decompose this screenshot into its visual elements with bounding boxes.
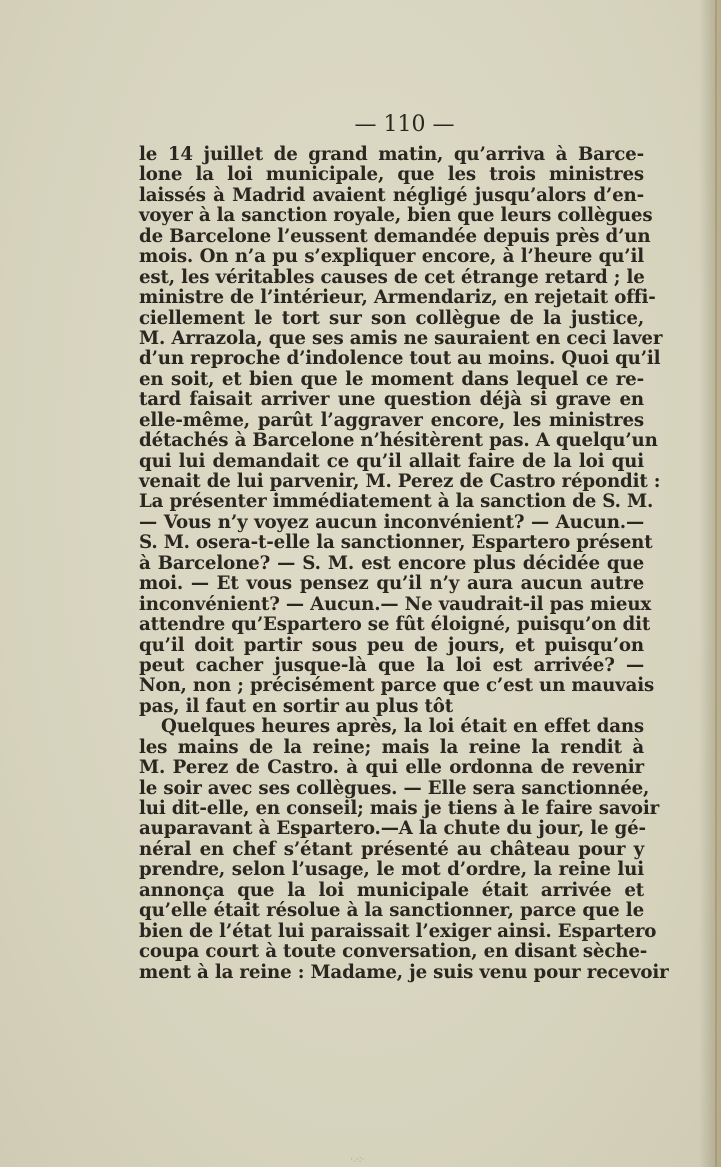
text-line: tard faisait arriver une question déjà s… bbox=[139, 390, 644, 410]
text-line: M. Perez de Castro. à qui elle ordonna d… bbox=[139, 758, 644, 778]
text-line: Non, non ; précisément parce que c’est u… bbox=[139, 676, 644, 696]
page-edge-shadow bbox=[699, 0, 721, 1167]
text-line: le 14 juillet de grand matin, qu’arriva … bbox=[139, 145, 644, 165]
text-line: lone la loi municipale, que les trois mi… bbox=[139, 165, 644, 185]
text-line: prendre, selon l’usage, le mot d’ordre, … bbox=[139, 860, 644, 880]
text-line: voyer à la sanction royale, bien que leu… bbox=[139, 206, 644, 226]
text-line: annonça que la loi municipale était arri… bbox=[139, 881, 644, 901]
page-edge-line bbox=[715, 0, 717, 1167]
text-line: mois. On n’a pu s’expliquer encore, à l’… bbox=[139, 247, 644, 267]
text-line: coupa court à toute conversation, en dis… bbox=[139, 942, 644, 962]
text-line: lui dit-elle, en conseil; mais je tiens … bbox=[139, 799, 644, 819]
text-line: détachés à Barcelone n’hésitèrent pas. A… bbox=[139, 431, 644, 451]
text-line: La présenter immédiatement à la sanction… bbox=[139, 492, 644, 512]
text-line: ciellement le tort sur son collègue de l… bbox=[139, 309, 644, 329]
text-line: — Vous n’y voyez aucun inconvénient? — A… bbox=[139, 513, 644, 533]
body-text: le 14 juillet de grand matin, qu’arriva … bbox=[139, 145, 644, 983]
text-line: pas, il faut en sortir au plus tôt bbox=[139, 697, 644, 717]
text-line: en soit, et bien que le moment dans lequ… bbox=[139, 370, 644, 390]
text-line: ment à la reine : Madame, je suis venu p… bbox=[139, 963, 644, 983]
text-line: qui lui demandait ce qu’il allait faire … bbox=[139, 452, 644, 472]
text-line: bien de l’état lui paraissait l’exiger a… bbox=[139, 922, 644, 942]
text-line: est, les véritables causes de cet étrang… bbox=[139, 268, 644, 288]
text-line: S. M. osera-t-elle la sanctionner, Espar… bbox=[139, 533, 644, 553]
text-line: moi. — Et vous pensez qu’il n’y aura auc… bbox=[139, 574, 644, 594]
text-line: inconvénient? — Aucun.— Ne vaudrait-il p… bbox=[139, 595, 644, 615]
text-line: peut cacher jusque-là que la loi est arr… bbox=[139, 656, 644, 676]
text-line: laissés à Madrid avaient négligé jusqu’a… bbox=[139, 186, 644, 206]
text-line: néral en chef s’étant présenté au châtea… bbox=[139, 840, 644, 860]
text-line: d’un reproche d’indolence tout au moins.… bbox=[139, 349, 644, 369]
text-line: de Barcelone l’eussent demandée depuis p… bbox=[139, 227, 644, 247]
text-line: venait de lui parvenir, M. Perez de Cast… bbox=[139, 472, 644, 492]
text-line: ministre de l’intérieur, Armendariz, en … bbox=[139, 288, 644, 308]
text-line: elle-même, parût l’aggraver encore, les … bbox=[139, 411, 644, 431]
book-page: — 110 — le 14 juillet de grand matin, qu… bbox=[0, 0, 721, 1167]
text-line: qu’il doit partir sous peu de jours, et … bbox=[139, 636, 644, 656]
text-line: M. Arrazola, que ses amis ne sauraient e… bbox=[139, 329, 644, 349]
text-line: Quelques heures après, la loi était en e… bbox=[139, 717, 644, 737]
text-line: à Barcelone? — S. M. est encore plus déc… bbox=[139, 554, 644, 574]
text-line: le soir avec ses collègues. — Elle sera … bbox=[139, 779, 644, 799]
bleed-through-mark: ·.·:· bbox=[350, 1155, 364, 1165]
page-number: — 110 — bbox=[0, 112, 721, 137]
text-line: auparavant à Espartero.—A la chute du jo… bbox=[139, 819, 644, 839]
text-line: attendre qu’Espartero se fût éloigné, pu… bbox=[139, 615, 644, 635]
text-line: les mains de la reine; mais la reine la … bbox=[139, 738, 644, 758]
text-line: qu’elle était résolue à la sanctionner, … bbox=[139, 901, 644, 921]
